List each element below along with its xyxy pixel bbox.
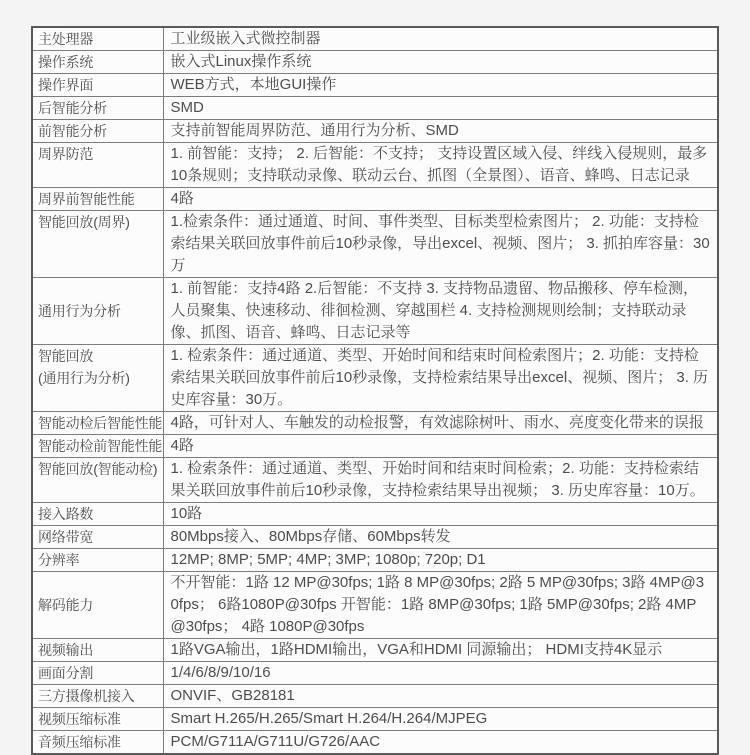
spec-label: 前智能分析 (32, 120, 163, 143)
spec-label: 后智能分析 (32, 97, 163, 120)
table-row: 周界防范 1. 前智能：支持； 2. 后智能：不支持； 支持设置区域入侵、绊线入… (32, 143, 718, 188)
table-row: 视频压缩标准 Smart H.265/H.265/Smart H.264/H.2… (32, 708, 718, 731)
spec-value: 1. 检索条件：通过通道、类型、开始时间和结束时间检索图片；2. 功能：支持检索… (163, 345, 718, 412)
spec-value: 4路 (163, 435, 718, 458)
spec-value: 1路VGA输出，1路HDMI输出，VGA和HDMI 同源输出； HDMI支持4K… (163, 639, 718, 662)
spec-value: 80Mbps接入、80Mbps存储、60Mbps转发 (163, 526, 718, 549)
spec-label: 智能动检前智能性能 (32, 435, 163, 458)
spec-value: SMD (163, 97, 718, 120)
spec-label: 操作系统 (32, 51, 163, 74)
table-row: 接入路数 10路 (32, 503, 718, 526)
spec-value: Smart H.265/H.265/Smart H.264/H.264/MJPE… (163, 708, 718, 731)
table-row: 操作系统 嵌入式Linux操作系统 (32, 51, 718, 74)
spec-value: 不开智能：1路 12 MP@30fps; 1路 8 MP@30fps; 2路 5… (163, 572, 718, 639)
table-row: 通用行为分析 1. 前智能：支持4路 2.后智能：不支持 3. 支持物品遗留、物… (32, 278, 718, 345)
spec-value: 10路 (163, 503, 718, 526)
table-row: 分辨率 12MP; 8MP; 5MP; 4MP; 3MP; 1080p; 720… (32, 549, 718, 572)
spec-label: 通用行为分析 (32, 278, 163, 345)
spec-value: 工业级嵌入式微控制器 (163, 27, 718, 51)
table-row: 前智能分析 支持前智能周界防范、通用行为分析、SMD (32, 120, 718, 143)
spec-section: 主处理器 工业级嵌入式微控制器 操作系统 嵌入式Linux操作系统 操作界面 W… (31, 26, 719, 733)
spec-label: 视频压缩标准 (32, 708, 163, 731)
spec-value: 嵌入式Linux操作系统 (163, 51, 718, 74)
table-row: 画面分割 1/4/6/8/9/10/16 (32, 662, 718, 685)
spec-label: 智能回放(周界) (32, 211, 163, 278)
spec-value: 1/4/6/8/9/10/16 (163, 662, 718, 685)
spec-label: 操作界面 (32, 74, 163, 97)
table-row: 解码能力 不开智能：1路 12 MP@30fps; 1路 8 MP@30fps;… (32, 572, 718, 639)
spec-label: 三方摄像机接入 (32, 685, 163, 708)
spec-value: 1. 检索条件：通过通道、类型、开始时间和结束时间检索；2. 功能：支持检索结果… (163, 458, 718, 503)
table-row: 后智能分析 SMD (32, 97, 718, 120)
spec-value: ONVIF、GB28181 (163, 685, 718, 708)
spec-label: 周界前智能性能 (32, 188, 163, 211)
table-row: 周界前智能性能 4路 (32, 188, 718, 211)
spec-value: WEB方式，本地GUI操作 (163, 74, 718, 97)
spec-value: 4路 (163, 188, 718, 211)
spec-label: 智能回放(智能动检) (32, 458, 163, 503)
table-row: 智能动检前智能性能 4路 (32, 435, 718, 458)
spec-value: 支持前智能周界防范、通用行为分析、SMD (163, 120, 718, 143)
spec-label: 分辨率 (32, 549, 163, 572)
table-row: 智能回放 (通用行为分析) 1. 检索条件：通过通道、类型、开始时间和结束时间检… (32, 345, 718, 412)
spec-label: 智能回放 (通用行为分析) (32, 345, 163, 412)
table-row: 智能回放(周界) 1.检索条件：通过通道、时间、事件类型、目标类型检索图片； 2… (32, 211, 718, 278)
spec-label: 解码能力 (32, 572, 163, 639)
spec-value: 1. 前智能：支持； 2. 后智能：不支持； 支持设置区域入侵、绊线入侵规则，最… (163, 143, 718, 188)
spec-label: 网络带宽 (32, 526, 163, 549)
spec-value: 12MP; 8MP; 5MP; 4MP; 3MP; 1080p; 720p; D… (163, 549, 718, 572)
table-row: 智能动检后智能性能 4路，可针对人、车触发的动检报警，有效滤除树叶、雨水、亮度变… (32, 412, 718, 435)
spec-table-body: 主处理器 工业级嵌入式微控制器 操作系统 嵌入式Linux操作系统 操作界面 W… (32, 27, 718, 733)
spec-label: 画面分割 (32, 662, 163, 685)
table-row: 主处理器 工业级嵌入式微控制器 (32, 27, 718, 51)
table-row: 操作界面 WEB方式，本地GUI操作 (32, 74, 718, 97)
table-row: 三方摄像机接入 ONVIF、GB28181 (32, 685, 718, 708)
spec-table: 主处理器 工业级嵌入式微控制器 操作系统 嵌入式Linux操作系统 操作界面 W… (31, 26, 719, 733)
spec-label: 视频输出 (32, 639, 163, 662)
spec-label: 周界防范 (32, 143, 163, 188)
spec-label: 智能动检后智能性能 (32, 412, 163, 435)
table-row: 智能回放(智能动检) 1. 检索条件：通过通道、类型、开始时间和结束时间检索；2… (32, 458, 718, 503)
spec-value: 1. 前智能：支持4路 2.后智能：不支持 3. 支持物品遗留、物品搬移、停车检… (163, 278, 718, 345)
spec-value: 1.检索条件：通过通道、时间、事件类型、目标类型检索图片； 2. 功能：支持检索… (163, 211, 718, 278)
table-row: 视频输出 1路VGA输出，1路HDMI输出，VGA和HDMI 同源输出； HDM… (32, 639, 718, 662)
spec-label: 主处理器 (32, 27, 163, 51)
spec-value: 4路，可针对人、车触发的动检报警，有效滤除树叶、雨水、亮度变化带来的误报 (163, 412, 718, 435)
spec-label: 接入路数 (32, 503, 163, 526)
table-row: 网络带宽 80Mbps接入、80Mbps存储、60Mbps转发 (32, 526, 718, 549)
